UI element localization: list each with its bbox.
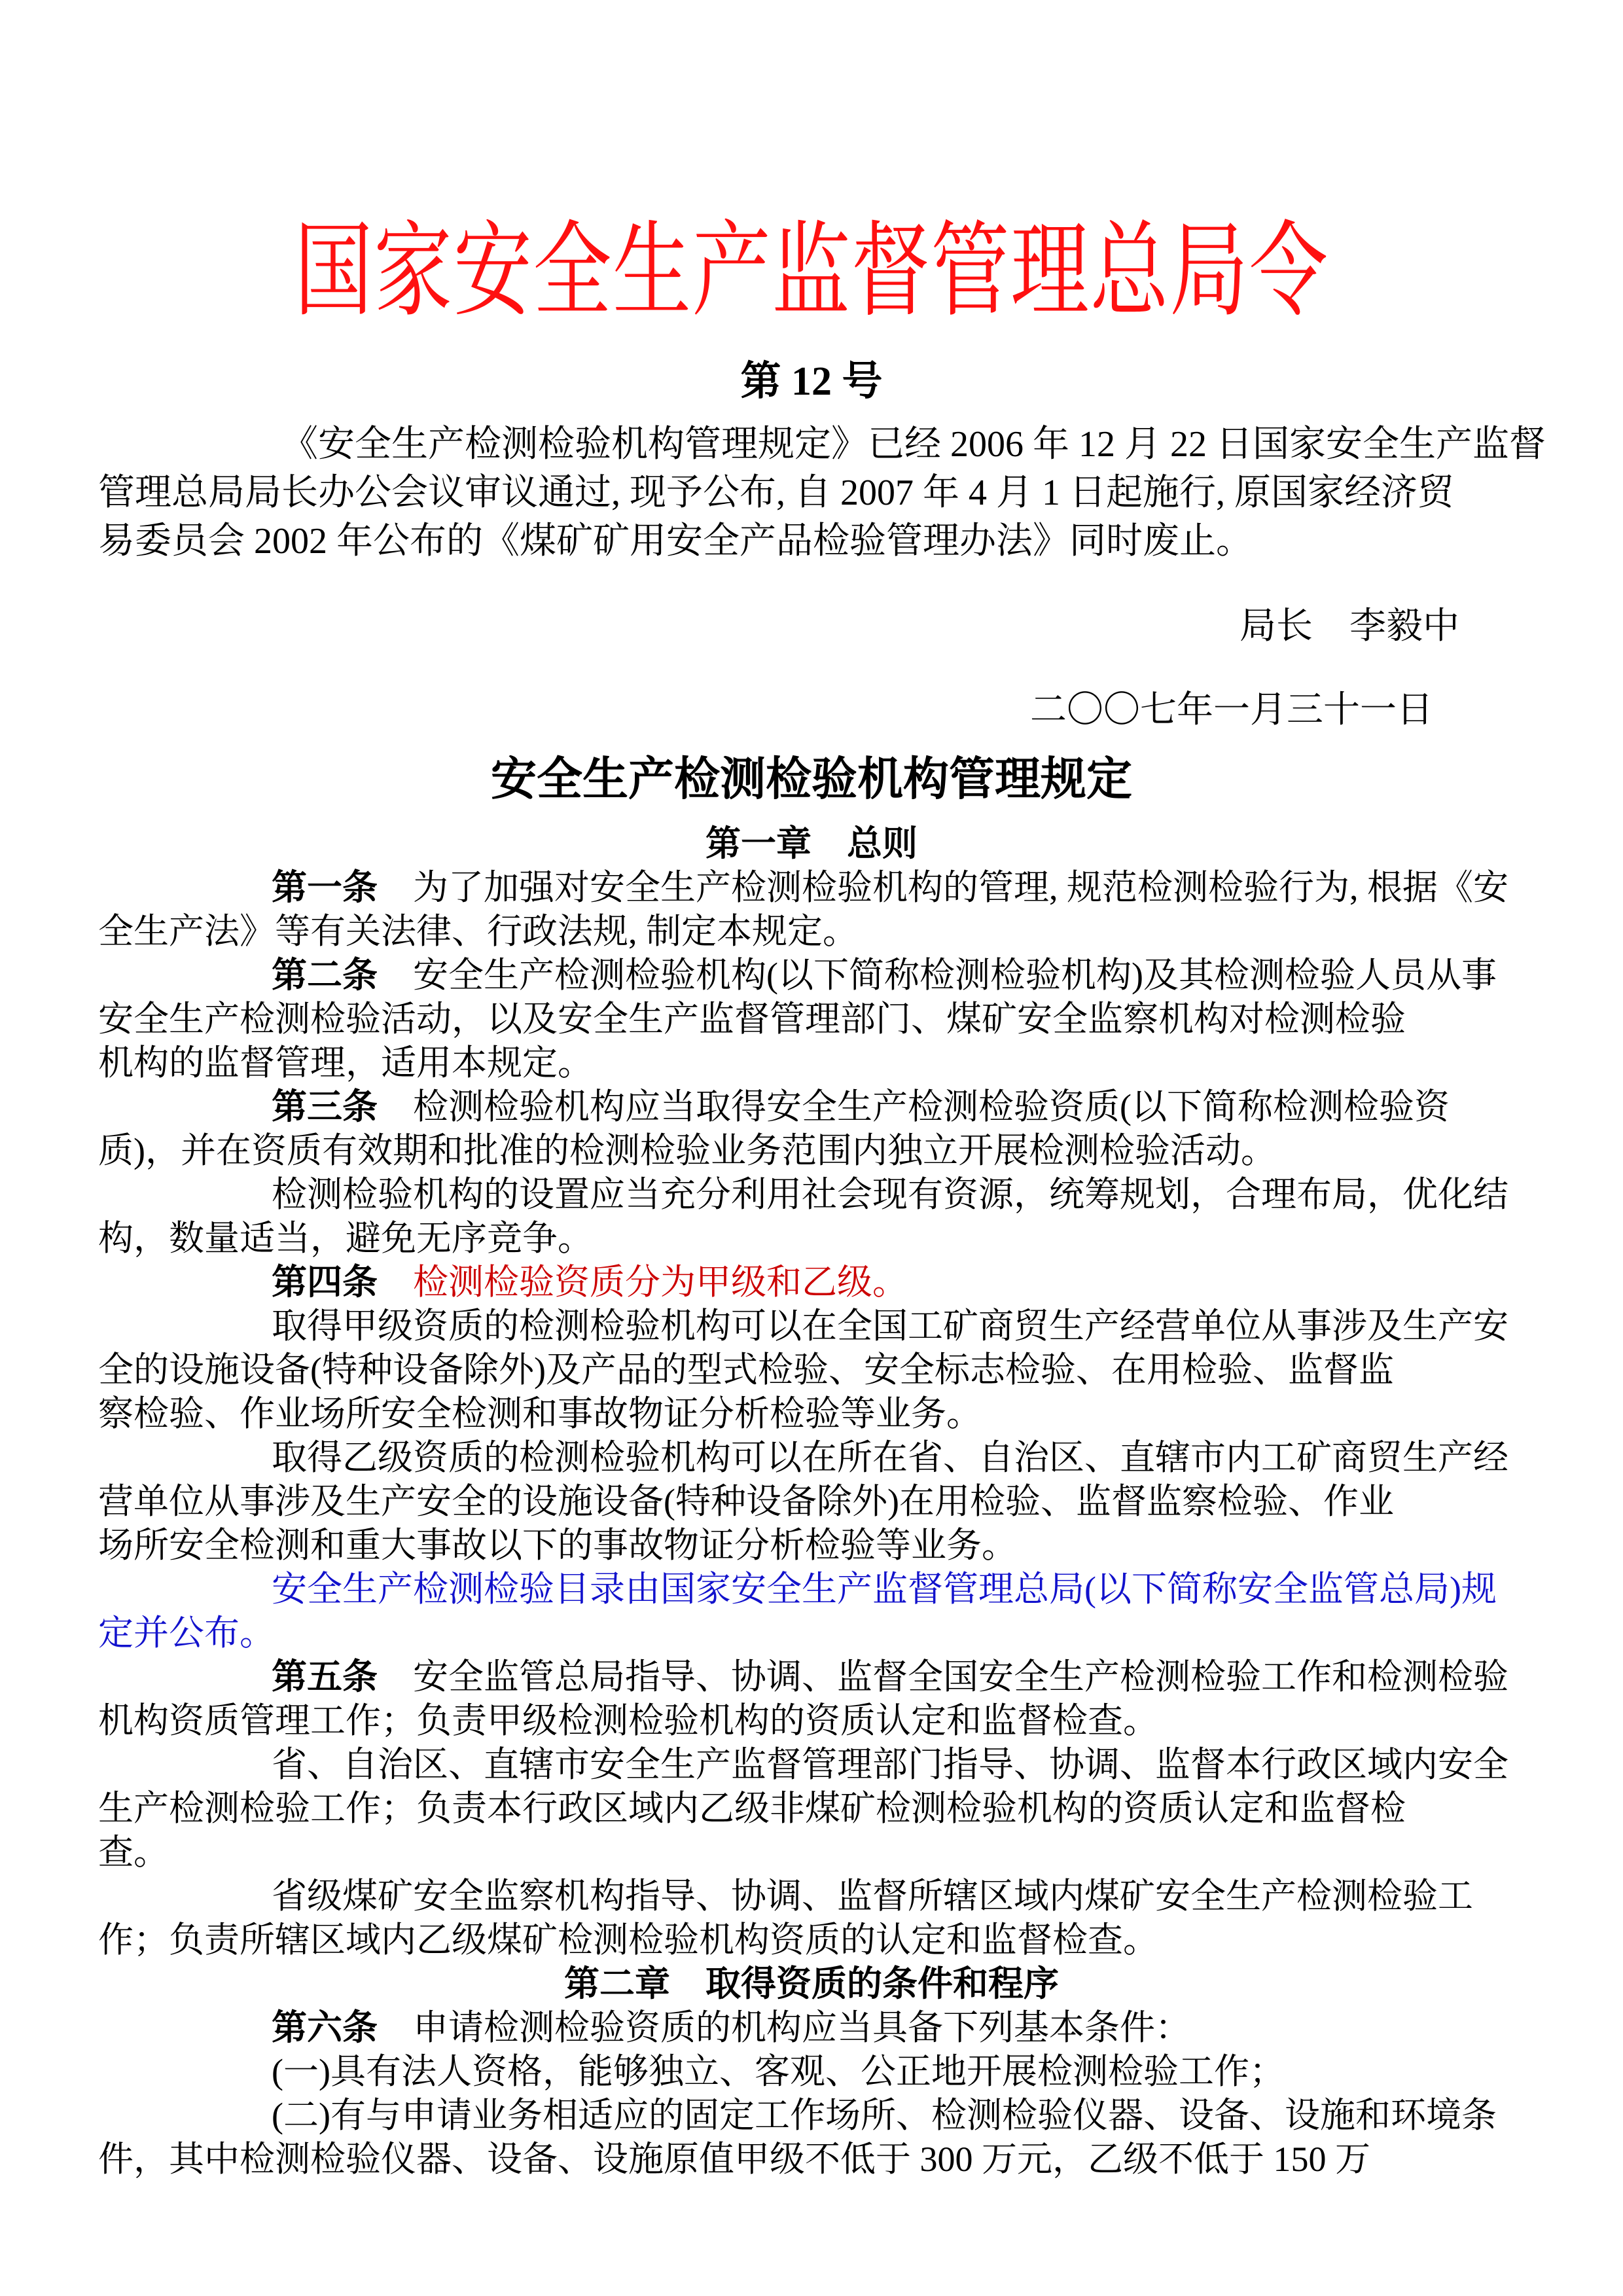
agency-order-title-text: 国家安全生产监督管理总局令 [294,188,1329,336]
agency-order-title: 国家安全生产监督管理总局令 [0,188,1623,336]
text-run: 第二章 取得资质的条件和程序 [564,1964,1059,2003]
doc-line: (二)有与申请业务相适应的固定工作场所、检测检验仪器、设备、设施和环境条 [98,2094,1414,2138]
doc-line: 机构的监督管理，适用本规定。 [98,1041,1414,1085]
doc-line: 生产检测检验工作；负责本行政区域内乙级非煤矿检测检验机构的资质认定和监督检 [98,1787,1414,1831]
document-page: 国家安全生产监督管理总局令 第 12 号 《安全生产检测检验机构管理规定》已经 … [0,0,1623,2296]
text-run: 察检验、作业场所安全检测和事故物证分析检验等业务。 [98,1394,982,1433]
doc-line: (一)具有法人资格，能够独立、客观、公正地开展检测检验工作； [98,2050,1414,2094]
preamble-line: 易委员会 2002 年公布的《煤矿矿用安全产品检验管理办法》同时废止。 [98,517,1420,565]
text-run: 检测检验机构的设置应当充分利用社会现有资源，统筹规划，合理布局，优化结 [272,1175,1508,1214]
text-run: 生产检测检验工作；负责本行政区域内乙级非煤矿检测检验机构的资质认定和监督检 [98,1789,1406,1828]
publish-date: 二〇〇七年一月三十一日 [1030,681,1433,733]
doc-line: 件，其中检测检验仪器、设备、设施原值甲级不低于 300 万元，乙级不低于 150… [98,2138,1414,2181]
regulation-title: 安全生产检测检验机构管理规定 [0,742,1623,808]
doc-line: 第四条 检测检验资质分为甲级和乙级。 [98,1261,1414,1304]
doc-line: 查。 [98,1831,1414,1874]
doc-line: 安全生产检测检验活动，以及安全生产监督管理部门、煤矿安全监察机构对检测检验 [98,997,1414,1041]
text-run: 取得乙级资质的检测检验机构可以在所在省、自治区、直辖市内工矿商贸生产经 [272,1438,1508,1477]
doc-line: 作；负责所辖区域内乙级煤矿检测检验机构资质的认定和监督检查。 [98,1918,1414,1962]
text-run: 申请检测检验资质的机构应当具备下列基本条件： [378,2008,1190,2047]
text-run: 安全生产检测检验目录由国家安全生产监督管理总局(以下简称安全监管总局)规 [272,1570,1497,1609]
doc-line: 第二条 安全生产检测检验机构(以下简称检测检验机构)及其检测检验人员从事 [98,954,1414,997]
text-run: 第四条 [272,1263,378,1302]
director-signature: 局长 李毅中 [1240,597,1459,649]
order-number: 第 12 号 [0,348,1623,406]
doc-line: 第三条 检测检验机构应当取得安全生产检测检验资质(以下简称检测检验资 [98,1085,1414,1129]
text-run: 省、自治区、直辖市安全生产监督管理部门指导、协调、监督本行政区域内安全 [272,1745,1508,1784]
text-run: 第一条 [272,868,378,907]
doc-line: 营单位从事涉及生产安全的设施设备(特种设备除外)在用检验、监督监察检验、作业 [98,1480,1414,1524]
doc-line: 安全生产检测检验目录由国家安全生产监督管理总局(以下简称安全监管总局)规 [98,1568,1414,1611]
preamble-line: 《安全生产检测检验机构管理规定》已经 2006 年 12 月 22 日国家安全生… [98,420,1420,469]
text-run: 第五条 [272,1657,378,1696]
text-run: 第一章 总则 [705,824,918,863]
text-run: 第六条 [272,2008,378,2047]
doc-line: 全的设施设备(特种设备除外)及产品的型式检验、安全标志检验、在用检验、监督监 [98,1348,1414,1392]
text-run: 机构的监督管理，适用本规定。 [98,1043,593,1083]
text-run: 安全生产检测检验机构(以下简称检测检验机构)及其检测检验人员从事 [378,956,1497,995]
text-run: 检测检验资质分为甲级和乙级。 [378,1263,908,1302]
text-run: 省级煤矿安全监察机构指导、协调、监督所辖区域内煤矿安全生产检测检验工 [272,1876,1473,1916]
doc-line: 第五条 安全监管总局指导、协调、监督全国安全生产检测检验工作和检测检验 [98,1655,1414,1699]
doc-line: 取得乙级资质的检测检验机构可以在所在省、自治区、直辖市内工矿商贸生产经 [98,1436,1414,1480]
doc-line: 质)，并在资质有效期和批准的检测检验业务范围内独立开展检测检验活动。 [98,1129,1414,1173]
regulation-body: 第一章 总则第一条 为了加强对安全生产检测检验机构的管理, 规范检测检验行为, … [98,822,1414,2181]
text-run: 机构资质管理工作；负责甲级检测检验机构的资质认定和监督检查。 [98,1701,1158,1740]
doc-line: 察检验、作业场所安全检测和事故物证分析检验等业务。 [98,1392,1414,1436]
doc-line: 定并公布。 [98,1611,1414,1655]
doc-line: 机构资质管理工作；负责甲级检测检验机构的资质认定和监督检查。 [98,1699,1414,1743]
text-run: 查。 [98,1833,169,1872]
doc-line: 构，数量适当，避免无序竞争。 [98,1217,1414,1261]
text-run: 件，其中检测检验仪器、设备、设施原值甲级不低于 300 万元，乙级不低于 150… [98,2140,1370,2179]
text-run: (二)有与申请业务相适应的固定工作场所、检测检验仪器、设备、设施和环境条 [272,2096,1497,2135]
preamble-paragraph: 《安全生产检测检验机构管理规定》已经 2006 年 12 月 22 日国家安全生… [98,420,1420,565]
text-run: 营单位从事涉及生产安全的设施设备(特种设备除外)在用检验、监督监察检验、作业 [98,1482,1394,1521]
text-run: 定并公布。 [98,1613,275,1653]
doc-line: 省、自治区、直辖市安全生产监督管理部门指导、协调、监督本行政区域内安全 [98,1743,1414,1787]
text-run: 为了加强对安全生产检测检验机构的管理, 规范检测检验行为, 根据《安 [378,868,1508,907]
text-run: (一)具有法人资格，能够独立、客观、公正地开展检测检验工作； [272,2052,1285,2091]
text-run: 安全生产检测检验活动，以及安全生产监督管理部门、煤矿安全监察机构对检测检验 [98,999,1406,1039]
text-run: 检测检验机构应当取得安全生产检测检验资质(以下简称检测检验资 [378,1087,1450,1126]
text-run: 全生产法》等有关法律、行政法规, 制定本规定。 [98,912,858,951]
doc-line: 检测检验机构的设置应当充分利用社会现有资源，统筹规划，合理布局，优化结 [98,1173,1414,1217]
text-run: 作；负责所辖区域内乙级煤矿检测检验机构资质的认定和监督检查。 [98,1920,1158,1960]
doc-line: 全生产法》等有关法律、行政法规, 制定本规定。 [98,910,1414,954]
text-run: 第二条 [272,956,378,995]
text-run: 安全监管总局指导、协调、监督全国安全生产检测检验工作和检测检验 [378,1657,1508,1696]
doc-line: 场所安全检测和重大事故以下的事故物证分析检验等业务。 [98,1524,1414,1568]
text-run: 第三条 [272,1087,378,1126]
chapter-heading: 第二章 取得资质的条件和程序 [0,1962,1623,2006]
text-run: 构，数量适当，避免无序竞争。 [98,1219,593,1258]
text-run: 全的设施设备(特种设备除外)及产品的型式检验、安全标志检验、在用检验、监督监 [98,1350,1394,1390]
chapter-heading: 第一章 总则 [0,822,1623,866]
text-run: 质)，并在资质有效期和批准的检测检验业务范围内独立开展检测检验活动。 [98,1131,1276,1170]
doc-line: 第六条 申请检测检验资质的机构应当具备下列基本条件： [98,2006,1414,2050]
doc-line: 省级煤矿安全监察机构指导、协调、监督所辖区域内煤矿安全生产检测检验工 [98,1874,1414,1918]
doc-line: 第一条 为了加强对安全生产检测检验机构的管理, 规范检测检验行为, 根据《安 [98,866,1414,910]
doc-line: 取得甲级资质的检测检验机构可以在全国工矿商贸生产经营单位从事涉及生产安 [98,1304,1414,1348]
text-run: 取得甲级资质的检测检验机构可以在全国工矿商贸生产经营单位从事涉及生产安 [272,1306,1508,1346]
preamble-line: 管理总局局长办公会议审议通过, 现予公布, 自 2007 年 4 月 1 日起施… [98,469,1420,517]
text-run: 场所安全检测和重大事故以下的事故物证分析检验等业务。 [98,1526,1017,1565]
